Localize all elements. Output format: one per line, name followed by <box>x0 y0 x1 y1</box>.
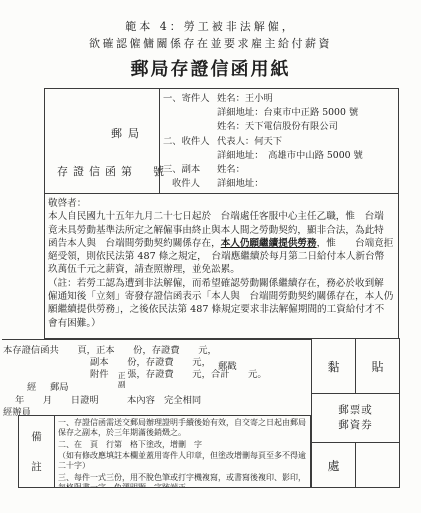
stamp-column: 黏 貼 郵票或 郵資券 處 <box>311 338 400 488</box>
identical-label: 完全相同 <box>164 392 201 406</box>
sender-name: 姓名：王小明 <box>217 92 398 106</box>
body-line-3: 函告本人與 台端間勞動契約關係存在，本人仍願繼續提供勞務，惟 台端竟拒 <box>48 237 398 250</box>
body-note-line-3: 願繼續提供勞務」，之後依民法第 487 條規定要求非法解僱期間的工資給付才不 <box>48 303 398 316</box>
remark-2-paren: （如有修改應填註本欄並蓋用寄件人印章，但塗改增刪每頁至多不得逾二十字） <box>58 451 307 471</box>
body-note-line-2: 僱通知後「立刻」寄發存證信函表示「本人與 台端間勞動契約關係存在，本人仍 <box>48 290 398 303</box>
body-line-2: 竟未具勞動基準法所定之解僱事由終止與本人間之勞動契約，顯非合法，為此特 <box>48 224 398 237</box>
postage-line-1: 郵票或 <box>338 403 373 418</box>
original-copy-stack: 正 副 <box>118 371 126 389</box>
via-label: 經 <box>27 379 36 393</box>
remark-2: 二、在 頁 行第 格下塗改，增刪 字 <box>58 440 307 450</box>
recipient-label: 二、收件人 <box>160 135 217 149</box>
remark-3: 三、每件一式三份，用不脫色筆或打字機複寫，或書寫後複印、影印，每格限書一字，色澤… <box>58 473 307 487</box>
sender-label: 一、寄件人 <box>160 92 217 106</box>
stick-left-cell: 黏 <box>312 339 356 393</box>
postmark-label: 郵戳 <box>218 358 237 372</box>
body-line-3-post: ，惟 台端竟拒 <box>317 238 394 249</box>
address-section: 郵局 存證信函第 號 一、寄件人 姓名：王小明 詳細地址：台東市中正路 5000… <box>45 89 398 194</box>
cc-name: 姓名： <box>217 163 398 177</box>
remark-1: 一、存證信函需送交郵局辦理證明手續後始有效，自交寄之日起由郵局保存之副本，於三年… <box>58 418 307 438</box>
remarks-label-column: 備 註 <box>19 416 55 487</box>
fee-section: 本存證信函共 頁，正本 份，存證費 元， 副本 份，存證費 元， 附件 張，存證… <box>2 339 311 415</box>
body-line-4: 絕受領，則依民法第 487 條之規定， 台端應繼續於每月第二日給付本人新台幣 <box>48 250 398 263</box>
page-title: 郵局存證信函用紙 <box>0 55 421 81</box>
main-table: 郵局 存證信函第 號 一、寄件人 姓名：王小明 詳細地址：台東市中正路 5000… <box>44 88 399 339</box>
remarks-label-bottom: 註 <box>31 459 42 474</box>
post-office-blank-label: 郵局 <box>50 379 69 393</box>
cc-label-line2: 收件人 <box>160 177 217 191</box>
body-line-3-underlined: 本人仍願繼續提供勞務 <box>221 238 317 249</box>
body-note-line-4: 會有困難。） <box>48 317 398 330</box>
post-office-cell: 郵局 存證信函第 號 <box>45 89 160 193</box>
body-line-5: 玖萬伍千元之薪資，請查照辦理，並免訟累。 <box>48 263 398 276</box>
body-line-1: 本人自民國九十五年九月二十七日起於 台端處任客服中心主任乙職，惟 台端 <box>48 210 398 223</box>
attested-letter-form-page: 範本 4：勞工被非法解僱， 欲確認僱傭關係存在並要求雇主給付薪資 郵局存證信函用… <box>0 0 421 513</box>
letter-number-blank: 存證信函第 號 <box>57 163 169 179</box>
place-cell: 處 <box>312 443 356 487</box>
content-label: 本內容 <box>127 392 155 406</box>
remarks-box: 備 註 一、存證信函需送交郵局辦理證明手續後始有效，自交寄之日起由郵局保存之副本… <box>18 415 311 488</box>
address-grid: 一、寄件人 姓名：王小明 詳細地址：台東市中正路 5000 號 姓名：天下電信股… <box>160 89 398 193</box>
remarks-label-top: 備 <box>31 429 42 444</box>
postage-line-2: 郵資券 <box>338 418 373 433</box>
salutation: 敬啓者： <box>48 197 398 210</box>
recipient-address: 詳細地址： 高雄市中山路 5000 號 <box>217 149 398 163</box>
remarks-text: 一、存證信函需送交郵局辦理證明手續後始有效，自交寄之日起由郵局保存之副本，於三年… <box>55 416 310 487</box>
recipient-representative: 代表人：何天下 <box>217 135 398 149</box>
stick-row: 黏 貼 <box>312 339 399 394</box>
original-char: 正 <box>118 371 126 380</box>
spacer-cell <box>160 149 217 163</box>
recipient-name: 姓名：天下電信股份有限公司 <box>217 120 398 134</box>
empty-cell <box>356 443 399 487</box>
body-line-3-pre: 函告本人與 台端間勞動契約關係存在， <box>48 238 221 249</box>
spacer-cell <box>160 106 217 120</box>
form-subtitle-line1: 範本 4：勞工被非法解僱， <box>0 18 421 34</box>
copy-char: 副 <box>118 380 126 389</box>
stick-right-cell: 貼 <box>356 339 399 393</box>
postage-area: 郵票或 郵資券 <box>312 394 399 443</box>
fee-line-attachments: 附件 張，存證費 元，合計 元。 <box>90 366 267 380</box>
form-subtitle-line2: 欲確認僱傭關係存在並要求雇主給付薪資 <box>0 35 421 51</box>
spacer-cell <box>160 120 217 134</box>
cc-address: 詳細地址： <box>217 177 398 191</box>
sender-address: 詳細地址：台東市中正路 5000 號 <box>217 106 398 120</box>
body-note-line-1: （註：若勞工認為遭到非法解僱，而希望確認勞動關係繼續存在，務必於收到解 <box>48 277 398 290</box>
letter-body: 敬啓者： 本人自民國九十五年九月二十七日起於 台端處任客服中心主任乙職，惟 台端… <box>45 194 398 340</box>
post-office-blank: 郵局 <box>111 125 145 141</box>
place-row: 處 <box>312 443 399 487</box>
